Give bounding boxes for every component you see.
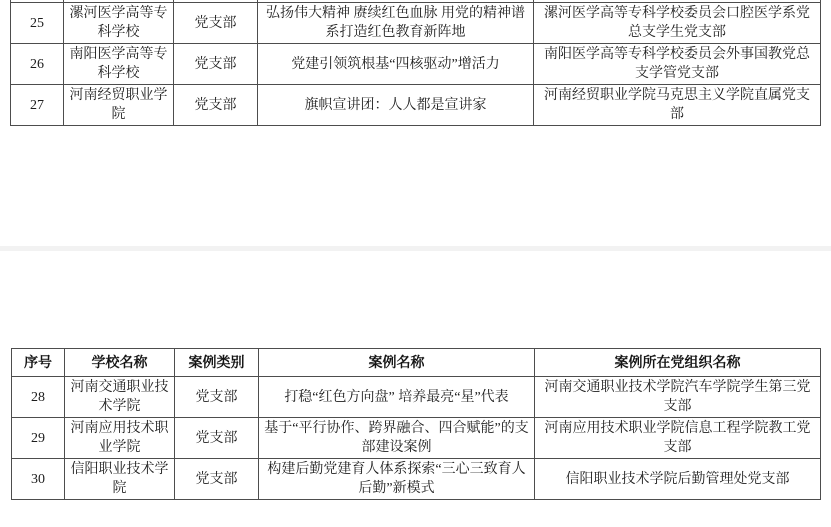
org-cell: 漯河医学高等专科学校委员会口腔医学系党总支学生党支部 [534, 3, 821, 44]
case-name-cell: 弘扬伟大精神 赓续红色血脉 用党的精神谱系打造红色教育新阵地 [258, 3, 534, 44]
org-cell: 信阳职业技术学院后勤管理处党支部 [535, 459, 821, 500]
table-header-row: 序号 学校名称 案例类别 案例名称 案例所在党组织名称 [12, 349, 821, 377]
org-cell: 河南交通职业技术学院汽车学院学生第三党支部 [535, 377, 821, 418]
table-row-25: 25 漯河医学高等专科学校 党支部 弘扬伟大精神 赓续红色血脉 用党的精神谱系打… [11, 3, 821, 44]
document-viewer-canvas: { "page": { "background_color": "#ffffff… [0, 0, 831, 527]
serial-cell: 25 [11, 3, 64, 44]
school-cell: 河南经贸职业学院 [64, 85, 174, 126]
category-cell: 党支部 [175, 377, 259, 418]
org-cell: 河南应用技术职业学院信息工程学院教工党支部 [535, 418, 821, 459]
header-org: 案例所在党组织名称 [535, 349, 821, 377]
serial-cell: 28 [12, 377, 65, 418]
serial-cell: 29 [12, 418, 65, 459]
category-cell: 党支部 [175, 418, 259, 459]
case-name-cell: 构建后勤党建育人体系探索“三心三致育人后勤”新模式 [259, 459, 535, 500]
table-row-26: 26 南阳医学高等专科学校 党支部 党建引领筑根基“四核驱动”增活力 南阳医学高… [11, 44, 821, 85]
school-cell: 河南应用技术职业学院 [65, 418, 175, 459]
school-cell: 河南交通职业技术学院 [65, 377, 175, 418]
serial-cell: 27 [11, 85, 64, 126]
category-cell: 党支部 [174, 85, 258, 126]
case-name-cell: 旗帜宣讲团：人人都是宣讲家 [258, 85, 534, 126]
serial-cell: 30 [12, 459, 65, 500]
case-table-page1-rows-25-27: 25 漯河医学高等专科学校 党支部 弘扬伟大精神 赓续红色血脉 用党的精神谱系打… [10, 0, 821, 126]
case-name-cell: 党建引领筑根基“四核驱动”增活力 [258, 44, 534, 85]
school-cell: 漯河医学高等专科学校 [64, 3, 174, 44]
org-cell: 南阳医学高等专科学校委员会外事国教党总支学管党支部 [534, 44, 821, 85]
header-school: 学校名称 [65, 349, 175, 377]
category-cell: 党支部 [174, 3, 258, 44]
page-separator [0, 246, 831, 251]
header-serial: 序号 [12, 349, 65, 377]
table-row-27: 27 河南经贸职业学院 党支部 旗帜宣讲团：人人都是宣讲家 河南经贸职业学院马克… [11, 85, 821, 126]
category-cell: 党支部 [175, 459, 259, 500]
category-cell: 党支部 [174, 44, 258, 85]
table-row-29: 29 河南应用技术职业学院 党支部 基于“平行协作、跨界融合、四合赋能”的支部建… [12, 418, 821, 459]
case-name-cell: 打稳“红色方向盘” 培养最亮“星”代表 [259, 377, 535, 418]
serial-cell: 26 [11, 44, 64, 85]
table-row-30: 30 信阳职业技术学院 党支部 构建后勤党建育人体系探索“三心三致育人后勤”新模… [12, 459, 821, 500]
case-table-page2-rows-28-30: 序号 学校名称 案例类别 案例名称 案例所在党组织名称 28 河南交通职业技术学… [11, 348, 821, 500]
school-cell: 南阳医学高等专科学校 [64, 44, 174, 85]
org-cell: 河南经贸职业学院马克思主义学院直属党支部 [534, 85, 821, 126]
school-cell: 信阳职业技术学院 [65, 459, 175, 500]
header-category: 案例类别 [175, 349, 259, 377]
header-case-name: 案例名称 [259, 349, 535, 377]
case-name-cell: 基于“平行协作、跨界融合、四合赋能”的支部建设案例 [259, 418, 535, 459]
table-row-28: 28 河南交通职业技术学院 党支部 打稳“红色方向盘” 培养最亮“星”代表 河南… [12, 377, 821, 418]
